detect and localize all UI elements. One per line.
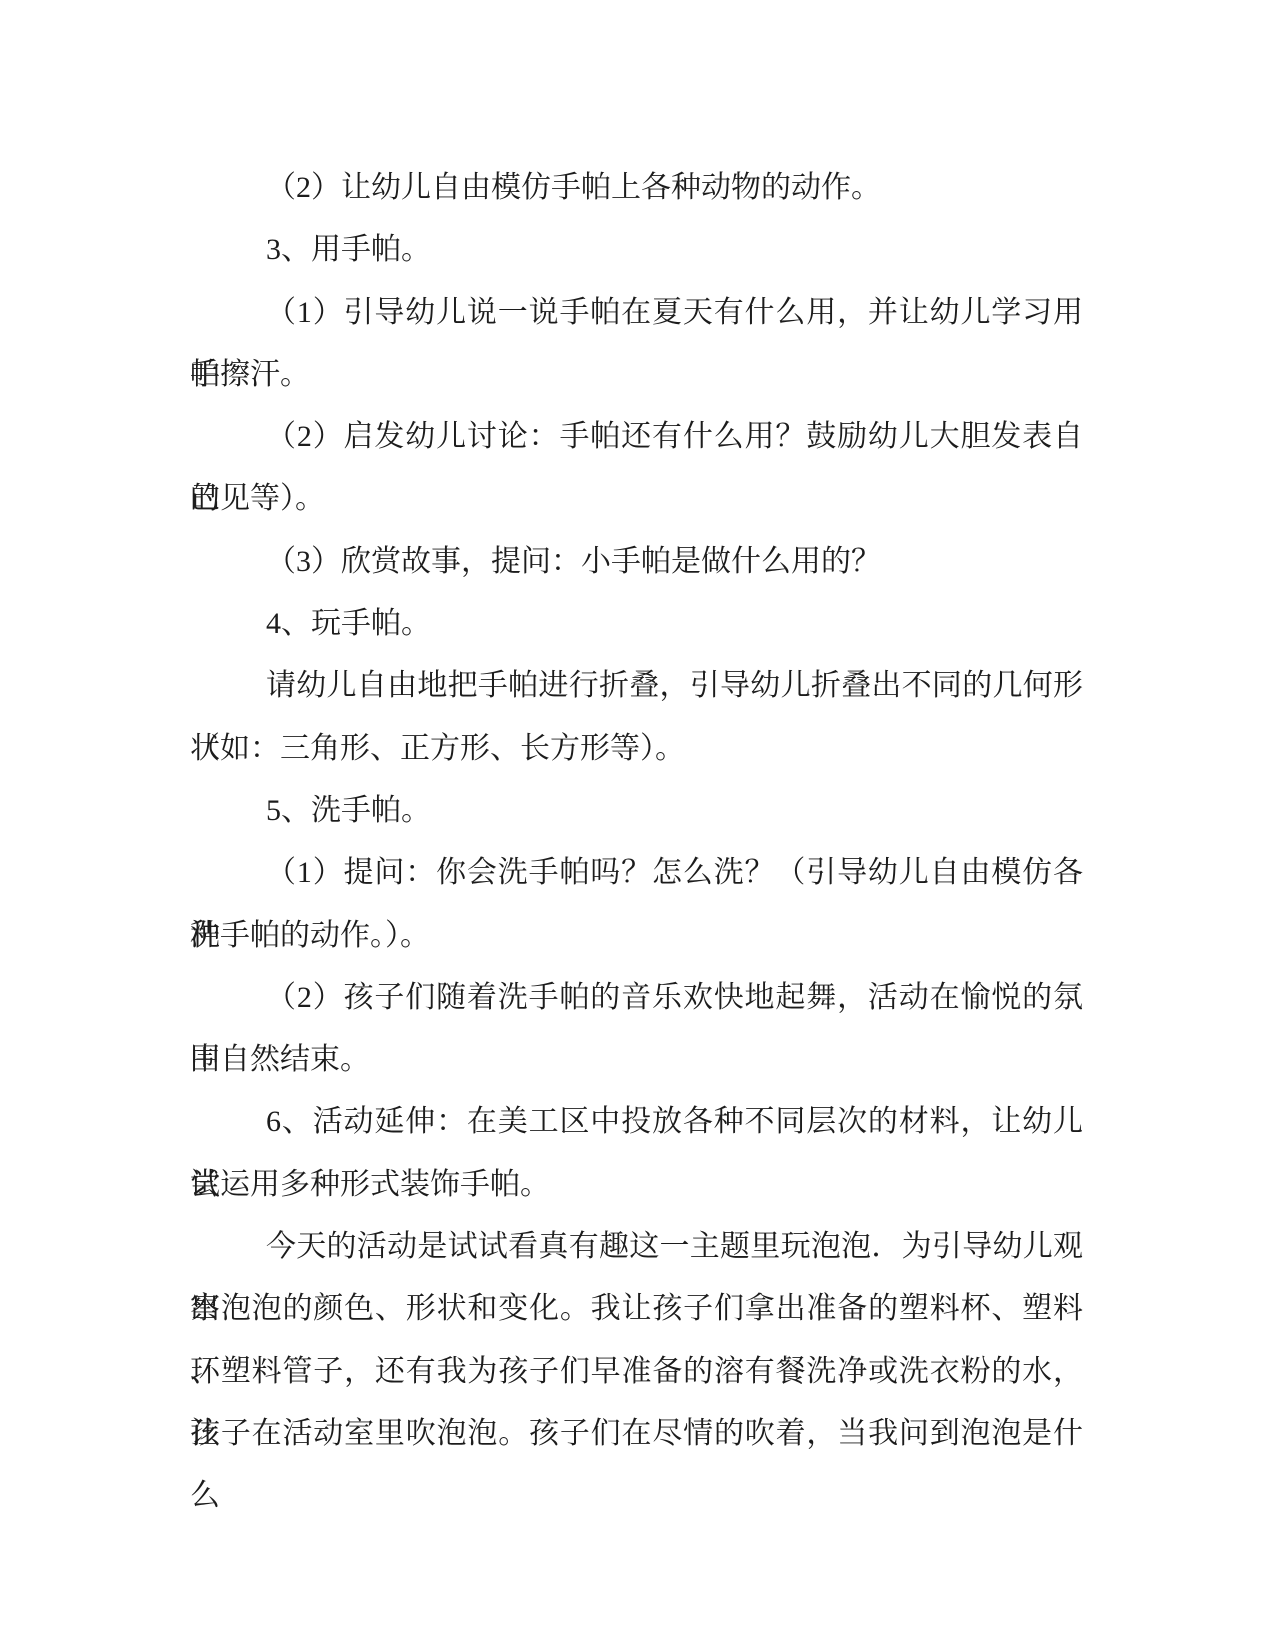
text-line: （2）启发幼儿讨论：手帕还有什么用？鼓励幼儿大胆发表自己 — [190, 406, 1083, 468]
text-line: 5、洗手帕。 — [190, 780, 1083, 842]
text-line: 帕擦汗。 — [190, 344, 1083, 406]
text-line: （如：三角形、正方形、长方形等）。 — [190, 718, 1083, 780]
text-line: （3）欣赏故事，提问：小手帕是做什么用的？ — [190, 531, 1083, 593]
text-line: 中自然结束。 — [190, 1029, 1083, 1091]
text-line: 3、用手帕。 — [190, 219, 1083, 281]
document-page: （2）让幼儿自由模仿手帕上各种动物的动作。 3、用手帕。 （1）引导幼儿说一说手… — [0, 0, 1275, 1650]
text-line: （1）提问：你会洗手帕吗？怎么洗？（引导幼儿自由模仿各种 — [190, 842, 1083, 904]
text-line: 、塑料管子，还有我为孩子们早准备的溶有餐洗净或洗衣粉的水，让 — [190, 1341, 1083, 1403]
text-line: 今天的活动是试试看真有趣这一主题里玩泡泡．为引导幼儿观察 — [190, 1216, 1083, 1278]
text-line: 洗手帕的动作。）。 — [190, 905, 1083, 967]
text-line: 孩子在活动室里吹泡泡。孩子们在尽情的吹着，当我问到泡泡是什么 — [190, 1403, 1083, 1465]
text-line: 6、活动延伸：在美工区中投放各种不同层次的材料，让幼儿尝 — [190, 1091, 1083, 1153]
text-line: （2）孩子们随着洗手帕的音乐欢快地起舞，活动在愉悦的氛围 — [190, 967, 1083, 1029]
text-line: 4、玩手帕。 — [190, 593, 1083, 655]
text-line: （1）引导幼儿说一说手帕在夏天有什么用，并让幼儿学习用手 — [190, 282, 1083, 344]
text-line: 的见等）。 — [190, 468, 1083, 530]
document-text-block: （2）让幼儿自由模仿手帕上各种动物的动作。 3、用手帕。 （1）引导幼儿说一说手… — [190, 157, 1083, 1465]
text-line: （2）让幼儿自由模仿手帕上各种动物的动作。 — [190, 157, 1083, 219]
text-line: 出泡泡的颜色、形状和变化。我让孩子们拿出准备的塑料杯、塑料环 — [190, 1278, 1083, 1340]
text-line: 试运用多种形式装饰手帕。 — [190, 1154, 1083, 1216]
text-line: 请幼儿自由地把手帕进行折叠，引导幼儿折叠出不同的几何形状 — [190, 655, 1083, 717]
